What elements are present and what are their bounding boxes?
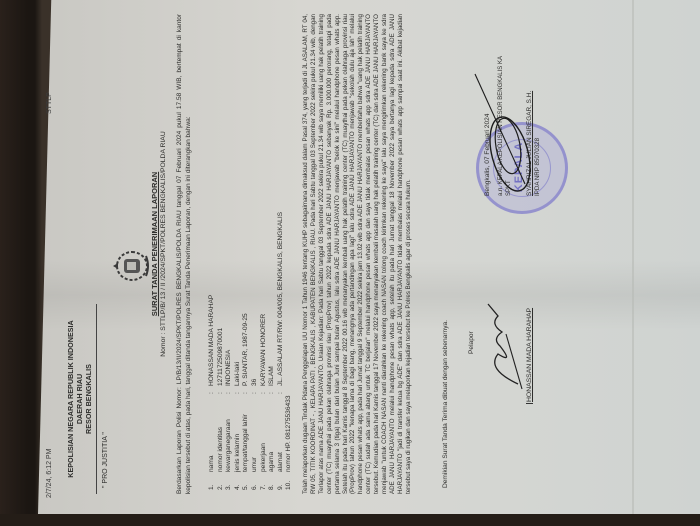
field-row: 9.alamat:JL. ASSALAM RT/RW: 004/005, BEN… — [277, 90, 286, 490]
field-number: 9. — [277, 472, 286, 490]
field-separator: : — [208, 386, 217, 394]
photo-timestamp: 2/7/24, 6:12 PM — [46, 449, 53, 498]
field-value — [285, 90, 294, 395]
agency-line-3: RESOR BENGKALIS — [84, 304, 93, 494]
field-row: 3.kewarganegaraan:INDONESIA — [225, 90, 234, 490]
field-separator: : — [277, 386, 286, 394]
field-separator: : — [268, 386, 277, 394]
document-title: SURAT TANDA PENERIMAAN LAPORAN — [150, 94, 159, 394]
field-label: nomor identitas — [217, 394, 226, 472]
field-row: 2.nomor identitas:1271172509870001 — [217, 90, 226, 490]
field-row: 1.nama:HONASSAN MADA HARAHAP — [208, 90, 217, 490]
field-number: 4. — [234, 472, 243, 490]
field-value: JL. ASSALAM RT/RW: 004/005, BENGKALIS, B… — [277, 90, 286, 386]
field-number: 2. — [217, 472, 226, 490]
field-number: 6. — [251, 472, 260, 490]
document-number: Nomor : STTLP/B/ 13 / II /2024/SPKT/POLR… — [160, 44, 167, 444]
field-separator: : — [251, 386, 260, 394]
field-value: P. SIANTAR, 1987-09-25 — [242, 90, 251, 386]
intro-paragraph: Berdasarkan Laporan Polisi Nomor: LP/B/1… — [176, 14, 193, 494]
report-body: Telah melaporkan dugaan Tindak Pidana Pe… — [302, 14, 413, 494]
field-number: 10. — [285, 472, 294, 490]
field-value: INDONESIA — [225, 90, 234, 386]
field-number: 7. — [260, 472, 269, 490]
reporter-name: HONASSAN MADA HARAHAP — [526, 308, 533, 404]
header-divider — [96, 304, 97, 494]
reporter-signature — [478, 284, 524, 394]
field-separator: : — [217, 386, 226, 394]
field-separator: : — [260, 386, 269, 394]
field-row: 10.nomor HP. 081275536433 — [285, 90, 294, 490]
field-label: kewarganegaraan — [225, 394, 234, 472]
field-number: 1. — [208, 472, 217, 490]
field-label: nama — [208, 394, 217, 472]
field-label: agama — [268, 394, 277, 472]
agency-line-1: KEPOLISIAN NEGARA REPUBLIK INDONESIA — [66, 304, 75, 494]
field-value: ISLAM — [268, 90, 277, 386]
field-label: alamat — [277, 394, 286, 472]
field-value: HONASSAN MADA HARAHAP — [208, 90, 217, 386]
reporter-fields: 1.nama:HONASSAN MADA HARAHAP2.nomor iden… — [208, 90, 294, 490]
field-label: tempat/tanggal lahir — [242, 394, 251, 472]
agency-header: KEPOLISIAN NEGARA REPUBLIK INDONESIA DAE… — [66, 304, 93, 494]
agency-line-2: DAERAH RIAU — [75, 304, 84, 494]
field-separator: : — [242, 386, 251, 394]
field-label: umur — [251, 394, 260, 472]
field-value: 1271172509870001 — [217, 90, 226, 386]
field-value: 36 — [251, 90, 260, 386]
rotated-document: 2/7/24, 6:12 PM STTLP KEPOLISIAN NEGARA … — [40, 0, 680, 514]
field-label: nomor HP. 081275536433 — [285, 395, 294, 472]
field-label: jenis kelamin — [234, 394, 243, 472]
field-row: 4.jenis kelamin:Laki-laki — [234, 90, 243, 490]
field-value: Laki-laki — [234, 90, 243, 386]
field-separator: : — [234, 386, 243, 394]
field-number: 5. — [242, 472, 251, 490]
police-emblem-icon — [110, 248, 150, 284]
field-label: pekerjaan — [260, 394, 269, 472]
pro-justitia: " PRO JUSTITIA " — [102, 432, 109, 488]
field-value: KARYAWAN HONORER — [260, 90, 269, 386]
reporter-role: Pelapor — [468, 331, 475, 354]
bottom-edge — [0, 514, 700, 526]
field-number: 8. — [268, 472, 277, 490]
field-row: 8.agama:ISLAM — [268, 90, 277, 490]
field-separator: : — [225, 386, 234, 394]
officer-signature — [470, 64, 540, 224]
field-row: 5.tempat/tanggal lahir:P. SIANTAR, 1987-… — [242, 90, 251, 490]
closing-statement: Demikian Surat Tanda Terima dibuat denga… — [442, 320, 449, 488]
document-code: STTLP — [46, 92, 53, 114]
field-row: 7.pekerjaan:KARYAWAN HONORER — [260, 90, 269, 490]
field-row: 6.umur:36 — [251, 90, 260, 490]
field-number: 3. — [225, 472, 234, 490]
